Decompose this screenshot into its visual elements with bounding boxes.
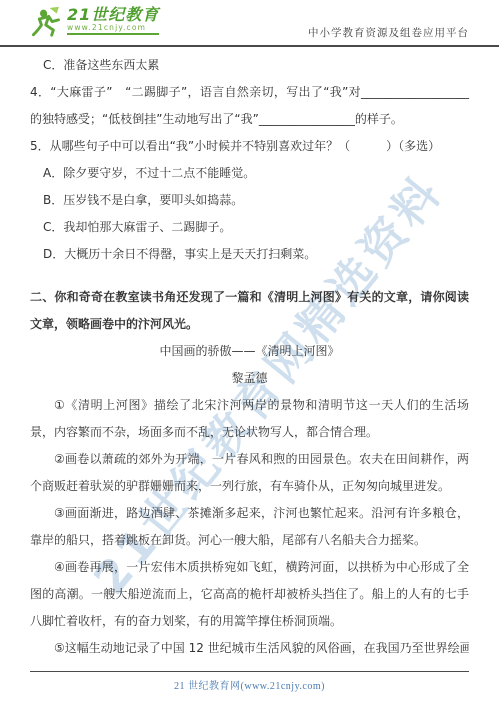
q5-option-b: B．压岁钱不是白拿，要叩头如捣蒜。 [30, 187, 469, 214]
section-2-heading: 二、你和奇奇在教室读书角还发现了一篇和《清明上河图》有关的文章，请你阅读文章，领… [30, 284, 469, 338]
article-paragraph-3: ③画面渐进，路边酒肆、茶摊渐多起来，汴河也繁忙起来。沿河有许多粮仓，靠岸的船只，… [30, 500, 469, 554]
article-paragraph-4: ④画卷再展，一片宏伟木质拱桥宛如飞虹，横跨河面，以拱桥为中心形成了全图的高潮。一… [30, 554, 469, 635]
question-5: 5．从哪些句子中可以看出“我”小时候并不特别喜欢过年？（ ）（多选） [30, 133, 469, 160]
brand-url[interactable]: www.21cnjy.com [67, 23, 159, 32]
brand-logo[interactable]: 21世纪教育 www.21cnjy.com [30, 6, 159, 42]
q5-option-a: A．除夕要守岁，不过十二点不能睡觉。 [30, 160, 469, 187]
q3-option-c: C．准备这些东西太累 [30, 52, 469, 79]
article-paragraph-2: ②画卷以萧疏的郊外为开端，一片春风和煦的田园景色。农夫在田间耕作，两个商贩赶着驮… [30, 446, 469, 500]
platform-tagline: 中小学教育资源及组卷应用平台 [308, 25, 469, 42]
question-4: 4．“大麻雷子” “二踢脚子”，语言自然亲切，写出了“我”对__________… [30, 79, 469, 133]
footer-divider [30, 671, 469, 672]
brand-name: 21世纪教育 [67, 6, 159, 23]
brand-text-block: 21世纪教育 www.21cnjy.com [67, 6, 159, 35]
footer-site-link[interactable]: 21 世纪教育网(www.21cnjy.com) [0, 677, 499, 692]
article-title: 中国画的骄傲——《清明上河图》 [30, 338, 469, 365]
article-author: 黎孟德 [30, 365, 469, 392]
worksheet-page: 21世纪教育 www.21cnjy.com 中小学教育资源及组卷应用平台 21世… [0, 0, 499, 706]
document-body: C．准备这些东西太累 4．“大麻雷子” “二踢脚子”，语言自然亲切，写出了“我”… [0, 47, 499, 662]
article-paragraph-5: ⑤这幅生动地记录了中国 12 世纪城市生活风貌的风俗画，在我国乃至世界绘画史上都… [30, 635, 469, 662]
q5-option-d: D．大概历十余日不得罄，事实上是天天打扫剩菜。 [30, 241, 469, 268]
article-paragraph-1: ①《清明上河图》描绘了北宋汴河两岸的景物和清明节这一天人们的生活场景，内容繁而不… [30, 392, 469, 446]
q5-option-c: C．我却怕那大麻雷子、二踢脚子。 [30, 214, 469, 241]
runner-icon [30, 6, 64, 42]
page-footer: 21 世纪教育网(www.21cnjy.com) [0, 671, 499, 692]
page-header: 21世纪教育 www.21cnjy.com 中小学教育资源及组卷应用平台 [0, 0, 499, 47]
